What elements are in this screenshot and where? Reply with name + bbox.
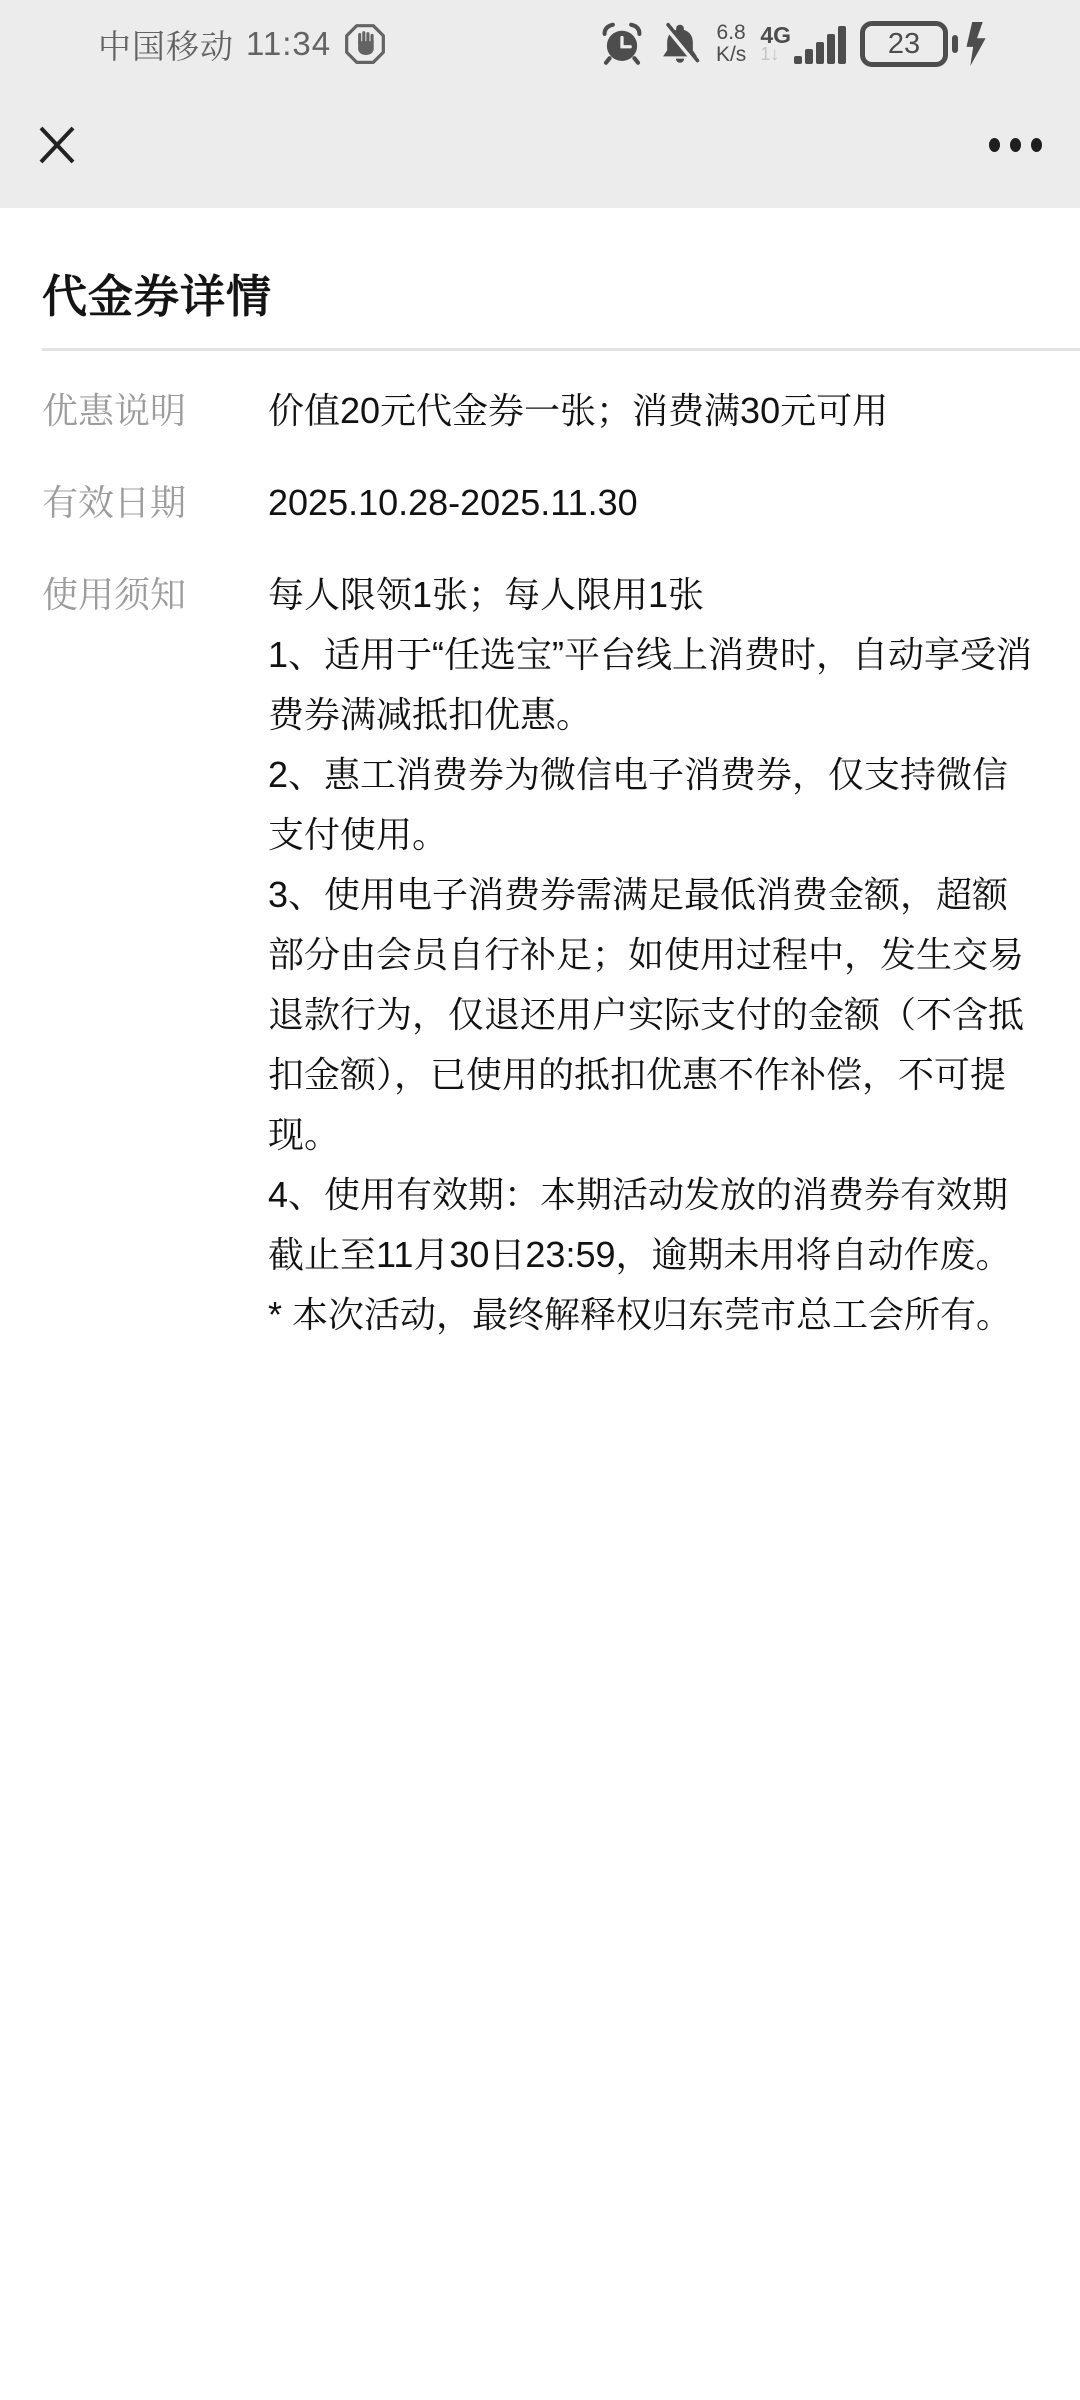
row-discount-description: 优惠说明 价值20元代金券一张；消费满30元可用 (42, 381, 1042, 441)
close-icon (34, 122, 80, 168)
notes-line: 1、适用于“任选宝”平台线上消费时，自动享受消费券满减抵扣优惠。 (268, 625, 1042, 745)
status-right: 6.8 K/s 4G 1↓ (600, 21, 990, 67)
sim-indicator: 1↓ (760, 45, 779, 64)
signal-cluster: 4G 1↓ (760, 24, 846, 64)
battery-cap (952, 35, 958, 53)
screen: 中国移动 11:34 (0, 0, 1080, 2400)
carrier-label: 中国移动 (98, 21, 234, 68)
row-label: 有效日期 (42, 473, 268, 533)
top-bar: 中国移动 11:34 (0, 0, 1080, 208)
battery-charging-icon: 23 (860, 21, 990, 67)
notes-line: 每人限领1张；每人限用1张 (268, 565, 1042, 625)
row-usage-notes: 使用须知 每人限领1张；每人限用1张1、适用于“任选宝”平台线上消费时，自动享受… (42, 565, 1042, 1345)
notes-line: 2、惠工消费券为微信电子消费券，仅支持微信支付使用。 (268, 745, 1042, 865)
status-bar: 中国移动 11:34 (0, 0, 1080, 82)
alarm-clock-icon (600, 22, 644, 66)
page-title: 代金券详情 (0, 208, 1080, 322)
row-value: 价值20元代金券一张；消费满30元可用 (268, 381, 888, 441)
row-label: 使用须知 (42, 565, 268, 625)
notifications-off-icon (658, 22, 702, 66)
network-type-label: 4G (760, 26, 791, 45)
signal-bars-icon (794, 24, 846, 64)
row-label: 优惠说明 (42, 381, 268, 441)
notes-line: 4、使用有效期：本期活动发放的消费券有效期截止至11月30日23:59，逾期未用… (268, 1165, 1042, 1285)
network-speed-unit: K/s (716, 44, 746, 66)
usage-notes-text: 每人限领1张；每人限用1张1、适用于“任选宝”平台线上消费时，自动享受消费券满减… (268, 565, 1042, 1345)
do-not-disturb-hand-icon (343, 22, 387, 66)
network-speed-value: 6.8 (717, 22, 746, 44)
nav-bar (0, 82, 1080, 208)
notes-line: 3、使用电子消费券需满足最低消费金额，超额部分由会员自行补足；如使用过程中，发生… (268, 865, 1042, 1165)
row-value: 2025.10.28-2025.11.30 (268, 473, 638, 533)
row-valid-date: 有效日期 2025.10.28-2025.11.30 (42, 473, 1042, 533)
voucher-detail-content: 代金券详情 优惠说明 价值20元代金券一张；消费满30元可用 有效日期 2025… (0, 208, 1080, 1345)
more-icon (989, 138, 1042, 152)
status-left: 中国移动 11:34 (98, 21, 387, 68)
more-button[interactable] (989, 138, 1042, 152)
lightning-bolt-icon (964, 22, 990, 66)
battery-percent: 23 (860, 21, 948, 67)
network-speed: 6.8 K/s (716, 22, 746, 66)
detail-rows: 优惠说明 价值20元代金券一张；消费满30元可用 有效日期 2025.10.28… (0, 351, 1080, 1345)
clock-time: 11:34 (246, 25, 331, 63)
notes-line: * 本次活动，最终解释权归东莞市总工会所有。 (268, 1285, 1042, 1345)
close-button[interactable] (34, 122, 80, 168)
